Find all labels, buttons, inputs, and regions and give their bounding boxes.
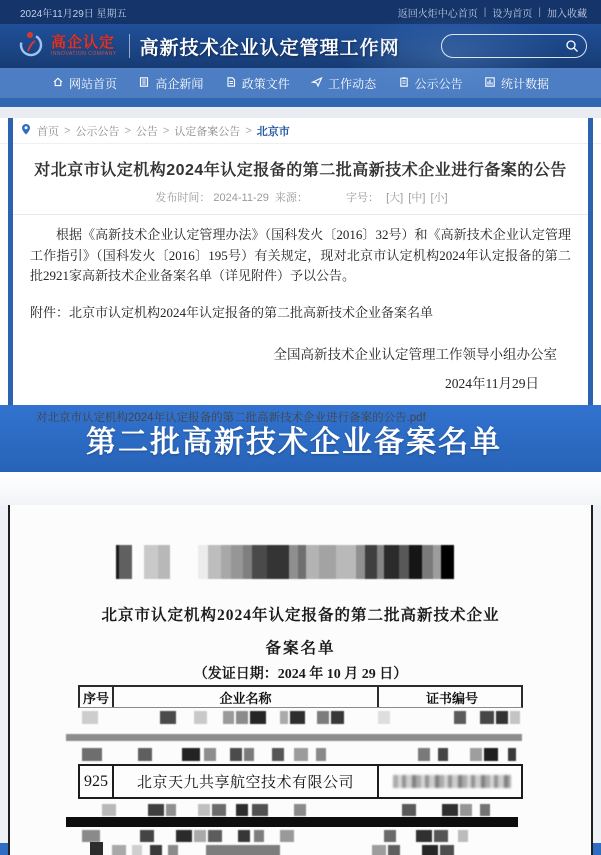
publish-time-label: 发布时间： (155, 192, 210, 204)
redaction-strip-black (66, 817, 518, 827)
row-cert-cell (379, 766, 525, 797)
redaction-strip-gray (66, 734, 522, 741)
nav-item-activity[interactable]: 工作动态 (311, 75, 376, 92)
logo-text: 高企认定 INNOVATION COMPANY (51, 35, 117, 57)
nav-item-home[interactable]: 网站首页 (52, 75, 117, 92)
nav-item-label: 高企新闻 (155, 75, 203, 92)
breadcrumb-separator: > (64, 125, 70, 137)
nav-item-label: 政策文件 (242, 75, 290, 92)
send-icon (311, 76, 323, 91)
barcode (116, 545, 454, 579)
row-company-name: 北京天九共享航空技术有限公司 (114, 766, 379, 797)
nav-item-announcements[interactable]: 公示公告 (398, 75, 463, 92)
page: 2024年11月29日 星期五 返回火炬中心首页 | 设为首页 | 加入收藏 高… (0, 0, 601, 855)
logo-swoosh-icon (16, 29, 46, 64)
right-accent-strip (588, 118, 593, 405)
masked-cert-number (393, 775, 511, 788)
certificate-date-line: （发证日期：2024 年 10 月 29 日） (10, 663, 591, 683)
column-header-company: 企业名称 (114, 687, 379, 707)
article-body: 根据《高新技术企业认定管理办法》（国科发火〔2016〕32号）和《高新技术企业认… (30, 225, 571, 287)
left-accent-strip (8, 118, 13, 405)
article-meta: 发布时间：2024-11-29 来源： 字号： [大] [中] [小] (0, 189, 601, 205)
header-divider (129, 34, 130, 58)
topbar-links: 返回火炬中心首页 | 设为首页 | 加入收藏 (398, 5, 587, 20)
site-title: 高新技术企业认定管理工作网 (140, 33, 400, 60)
link-set-homepage[interactable]: 设为首页 (492, 5, 532, 20)
spacer (0, 472, 601, 505)
font-size-medium-button[interactable]: [中] (408, 192, 425, 204)
current-date: 2024年11月29日 星期五 (20, 5, 127, 20)
font-size-label: 字号： (346, 192, 379, 204)
breadcrumb-separator: > (163, 125, 169, 137)
publish-time-value: 2024-11-29 (213, 192, 268, 204)
ink-blot (90, 842, 103, 855)
table-header-row: 序号 企业名称 证书编号 (78, 685, 523, 708)
table-row-925: 925 北京天九共享航空技术有限公司 (78, 764, 523, 799)
nav-item-label: 公示公告 (415, 75, 463, 92)
link-add-favorite[interactable]: 加入收藏 (547, 5, 587, 20)
logo-cn-text: 高企认定 (51, 35, 117, 50)
nav-item-label: 统计数据 (501, 75, 549, 92)
font-size-large-button[interactable]: [大] (386, 192, 403, 204)
search-icon[interactable] (565, 39, 579, 58)
breadcrumb: 首页 > 公示公告 > 公告 > 认定备案公告 > 北京市 (0, 118, 601, 144)
redacted-row (82, 748, 516, 761)
font-size-small-button[interactable]: [小] (430, 192, 447, 204)
home-icon (52, 76, 64, 91)
breadcrumb-announcements[interactable]: 公示公告 (75, 123, 119, 139)
separator: | (484, 7, 487, 18)
breadcrumb-home[interactable]: 首页 (37, 123, 59, 139)
breadcrumb-notice[interactable]: 公告 (136, 123, 158, 139)
redacted-row (82, 711, 520, 724)
search-box (441, 34, 587, 58)
document-icon (225, 76, 237, 91)
breadcrumb-separator: > (124, 125, 130, 137)
attachment-preview-section: 北京市认定机构2024年认定报备的第二批高新技术企业 备案名单 （发证日期：20… (0, 505, 601, 855)
logo-en-text: INNOVATION COMPANY (51, 52, 117, 57)
redacted-row (112, 845, 454, 855)
nav-item-label: 工作动态 (328, 75, 376, 92)
nav-item-statistics[interactable]: 统计数据 (484, 75, 549, 92)
location-pin-icon (20, 123, 32, 139)
divider (13, 214, 588, 215)
spacer (0, 107, 601, 118)
nav-underline (0, 98, 601, 107)
nav-item-news[interactable]: 高企新闻 (138, 75, 203, 92)
column-header-cert: 证书编号 (379, 687, 525, 707)
breadcrumb-current-beijing: 北京市 (257, 123, 290, 139)
document-title-line1: 北京市认定机构2024年认定报备的第二批高新技术企业 (10, 603, 591, 625)
row-seq-number: 925 (80, 766, 114, 797)
source-label: 来源： (275, 192, 308, 204)
issue-date: 2024年11月29日 (0, 372, 601, 392)
pdf-attachment-link[interactable]: 对北京市认定机构2024年认定报备的第二批高新技术企业进行备案的公告.pdf (36, 409, 601, 425)
issuing-office: 全国高新技术企业认定管理工作领导小组办公室 (0, 343, 601, 363)
clipboard-icon (398, 76, 410, 91)
column-header-seq: 序号 (80, 687, 114, 707)
redacted-row (102, 804, 490, 816)
nav-item-policy[interactable]: 政策文件 (225, 75, 290, 92)
separator: | (538, 7, 541, 18)
scanned-document: 北京市认定机构2024年认定报备的第二批高新技术企业 备案名单 （发证日期：20… (8, 505, 593, 855)
link-return-torch-home[interactable]: 返回火炬中心首页 (398, 5, 478, 20)
breadcrumb-separator: > (245, 125, 251, 137)
main-nav: 网站首页 高企新闻 政策文件 工作动态 公示公告 统计数据 (0, 68, 601, 98)
breadcrumb-recordation[interactable]: 认定备案公告 (174, 123, 240, 139)
document-title-line2: 备案名单 (10, 636, 591, 658)
news-icon (138, 76, 150, 91)
top-bar: 2024年11月29日 星期五 返回火炬中心首页 | 设为首页 | 加入收藏 (0, 0, 601, 24)
article-card: 首页 > 公示公告 > 公告 > 认定备案公告 > 北京市 对北京市认定机构20… (0, 118, 601, 405)
attachment-line: 附件：北京市认定机构2024年认定报备的第二批高新技术企业备案名单 (30, 302, 571, 321)
redacted-row (82, 830, 468, 842)
site-logo[interactable]: 高企认定 INNOVATION COMPANY (16, 29, 117, 64)
site-header: 高企认定 INNOVATION COMPANY 高新技术企业认定管理工作网 (0, 24, 601, 68)
article-title: 对北京市认定机构2024年认定报备的第二批高新技术企业进行备案的公告 (0, 157, 601, 180)
nav-item-label: 网站首页 (69, 75, 117, 92)
chart-icon (484, 76, 496, 91)
